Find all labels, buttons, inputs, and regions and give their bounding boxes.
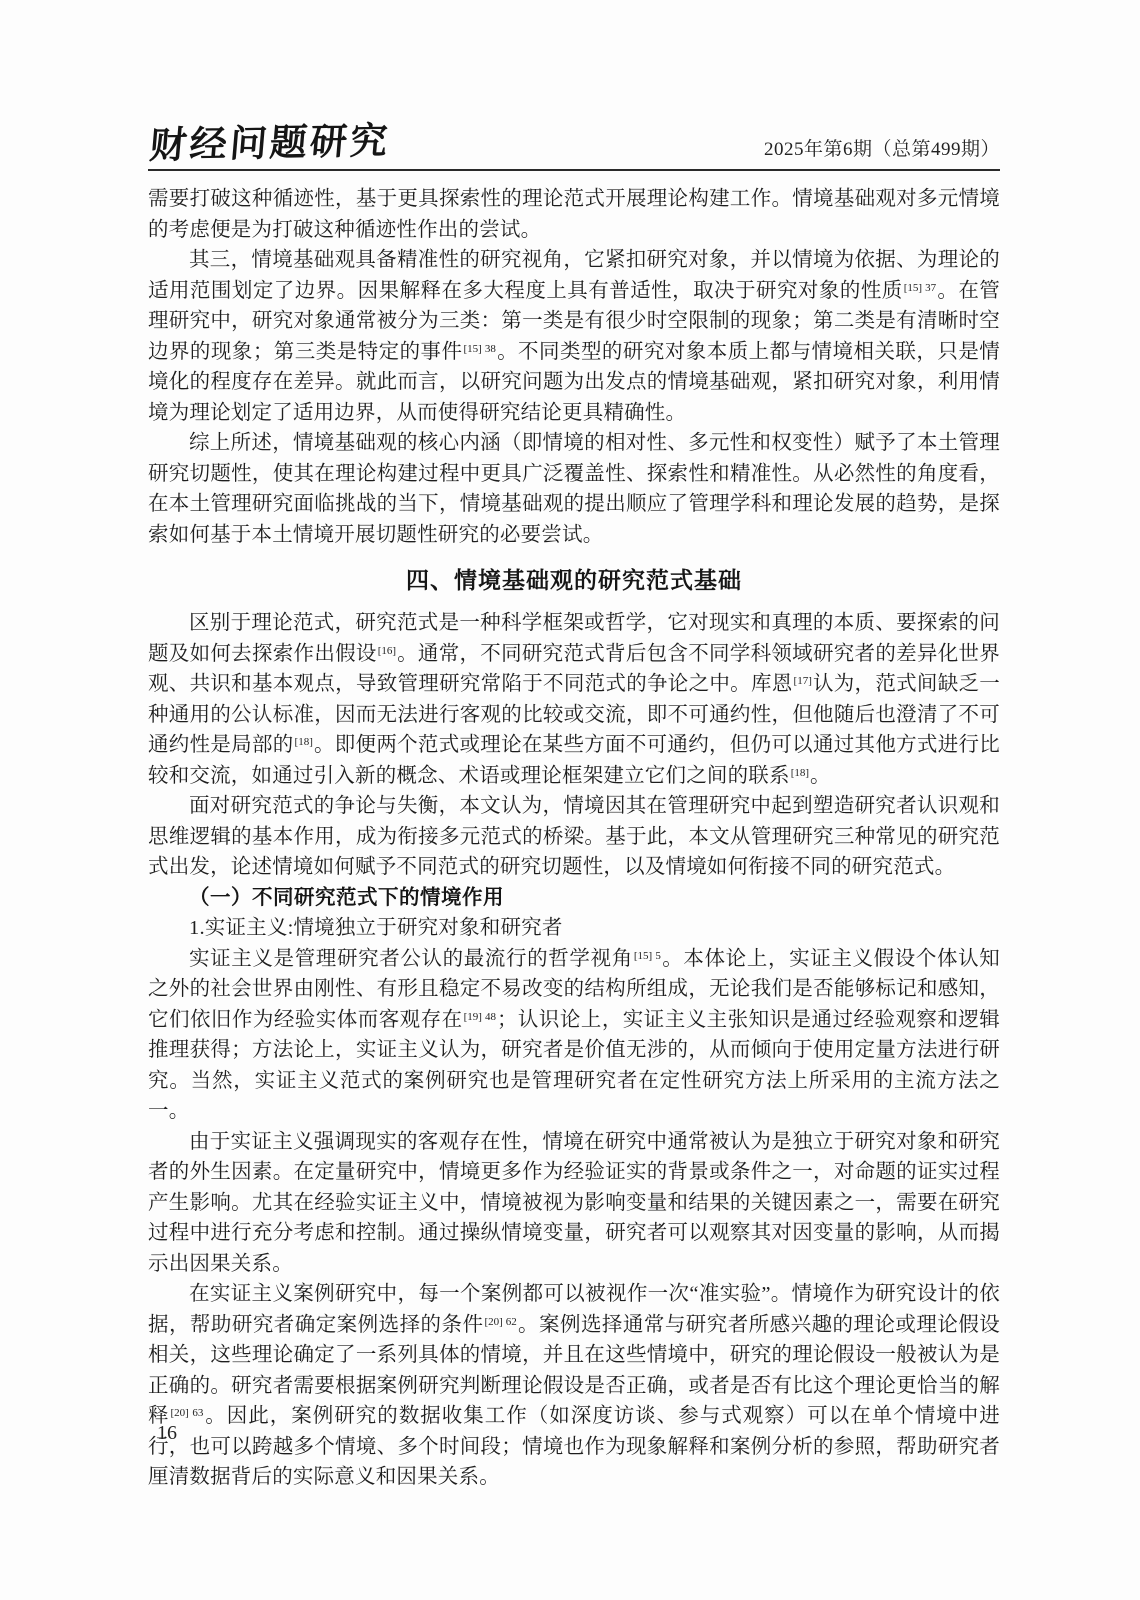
text-run: 由于实证主义强调现实的客观存在性，情境在研究中通常被认为是独立于研究对象和研究者… (148, 1131, 1000, 1275)
citation-superscript: [15] 5 (633, 950, 662, 962)
subsection-heading: （一）不同研究范式下的情境作用 (148, 883, 1000, 914)
paragraph: 面对研究范式的争论与失衡，本文认为，情境因其在管理研究中起到塑造研究者认识观和思… (148, 791, 1000, 883)
paragraph: 由于实证主义强调现实的客观存在性，情境在研究中通常被认为是独立于研究对象和研究者… (148, 1127, 1000, 1280)
journal-page: 财经问题研究 2025年第6期（总第499期） 需要打破这种循迹性，基于更具探索… (0, 0, 1140, 1600)
paragraph: 在实证主义案例研究中，每一个案例都可以被视作一次“准实验”。情境作为研究设计的依… (148, 1279, 1000, 1493)
text-run: 。因此，案例研究的数据收集工作（如深度访谈、参与式观察）可以在单个情境中进行，也… (148, 1405, 1000, 1488)
text-run: 1.实证主义:情境独立于研究对象和研究者 (189, 917, 563, 939)
page-number: 16 (157, 1422, 177, 1444)
paragraph-continuation: 需要打破这种循迹性，基于更具探索性的理论范式开展理论构建工作。情境基础观对多元情… (148, 184, 1000, 245)
text-run: 综上所述，情境基础观的核心内涵（即情境的相对性、多元性和权变性）赋予了本土管理研… (148, 432, 1000, 546)
numbered-subitem-title: 1.实证主义:情境独立于研究对象和研究者 (148, 913, 1000, 944)
page-footer: 16 (157, 1422, 177, 1445)
journal-logo: 财经问题研究 (148, 121, 392, 166)
citation-superscript: [18] (790, 767, 810, 779)
text-run: 面对研究范式的争论与失衡，本文认为，情境因其在管理研究中起到塑造研究者认识观和思… (148, 795, 1000, 878)
paragraph: 实证主义是管理研究者公认的最流行的哲学视角[15] 5。本体论上，实证主义假设个… (148, 944, 1000, 1127)
citation-superscript: [17] (793, 675, 813, 687)
citation-superscript: [18] (294, 736, 314, 748)
paragraph: 其三，情境基础观具备精准性的研究视角，它紧扣研究对象，并以情境为依据、为理论的适… (148, 245, 1000, 428)
citation-superscript: [20] 62 (483, 1316, 517, 1328)
text-run: 其三，情境基础观具备精准性的研究视角，它紧扣研究对象，并以情境为依据、为理论的适… (148, 249, 1000, 302)
paragraph: 综上所述，情境基础观的核心内涵（即情境的相对性、多元性和权变性）赋予了本土管理研… (148, 428, 1000, 550)
citation-superscript: [20] 63 (170, 1407, 205, 1419)
citation-superscript: [19] 48 (463, 1011, 497, 1023)
text-run: 。 (810, 765, 831, 787)
text-run: 实证主义是管理研究者公认的最流行的哲学视角 (189, 948, 633, 970)
page-header: 财经问题研究 2025年第6期（总第499期） (148, 126, 1000, 171)
citation-superscript: [15] 38 (462, 343, 496, 355)
issue-info: 2025年第6期（总第499期） (764, 139, 1000, 166)
paragraph: 区别于理论范式，研究范式是一种科学框架或哲学，它对现实和真理的本质、要探索的问题… (148, 608, 1000, 791)
citation-superscript: [16] (377, 645, 397, 657)
section-heading: 四、情境基础观的研究范式基础 (148, 565, 1000, 595)
citation-superscript: [15] 37 (903, 282, 937, 294)
article-body: 需要打破这种循迹性，基于更具探索性的理论范式开展理论构建工作。情境基础观对多元情… (148, 184, 1000, 1493)
text-run: 需要打破这种循迹性，基于更具探索性的理论范式开展理论构建工作。情境基础观对多元情… (148, 188, 1000, 241)
